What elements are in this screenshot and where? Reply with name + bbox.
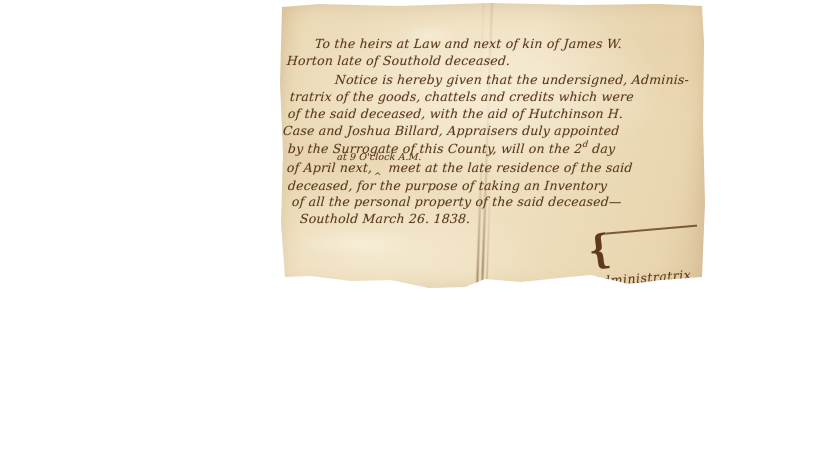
line-7-text-end: day <box>587 141 615 156</box>
signature-crossbar-flourish <box>605 225 697 235</box>
notice-line-6: Case and Joshua Billard, Appraisers duly… <box>282 123 620 138</box>
paper-stain <box>297 228 417 258</box>
insertion-anchor: at 9 O'clock A.M.^ <box>372 171 384 172</box>
signature-block: {Administratrix <box>587 223 707 290</box>
notice-line-4: tratrix of the goods, chattels and credi… <box>289 89 634 104</box>
notice-line-8: of April next,at 9 O'clock A.M.^ meet at… <box>286 160 633 175</box>
dateline: Southold March 26. 1838. <box>299 211 470 226</box>
notice-line-3: Notice is hereby given that the undersig… <box>334 72 689 87</box>
notice-line-2: Horton late of Southold deceased. <box>286 53 510 68</box>
scanned-document-stage: To the heirs at Law and next of kin of J… <box>0 0 819 449</box>
document-paper: To the heirs at Law and next of kin of J… <box>279 3 705 290</box>
inserted-phrase: at 9 O'clock A.M. <box>337 152 422 163</box>
notice-line-1: To the heirs at Law and next of kin of J… <box>314 36 622 51</box>
notice-line-9: deceased, for the purpose of taking an I… <box>287 178 607 193</box>
notice-line-10: of all the personal property of the said… <box>291 194 622 209</box>
notice-line-5: of the said deceased, with the aid of Hu… <box>287 106 623 121</box>
line-7-text: by the Surrogate of this County, will on… <box>287 141 582 156</box>
